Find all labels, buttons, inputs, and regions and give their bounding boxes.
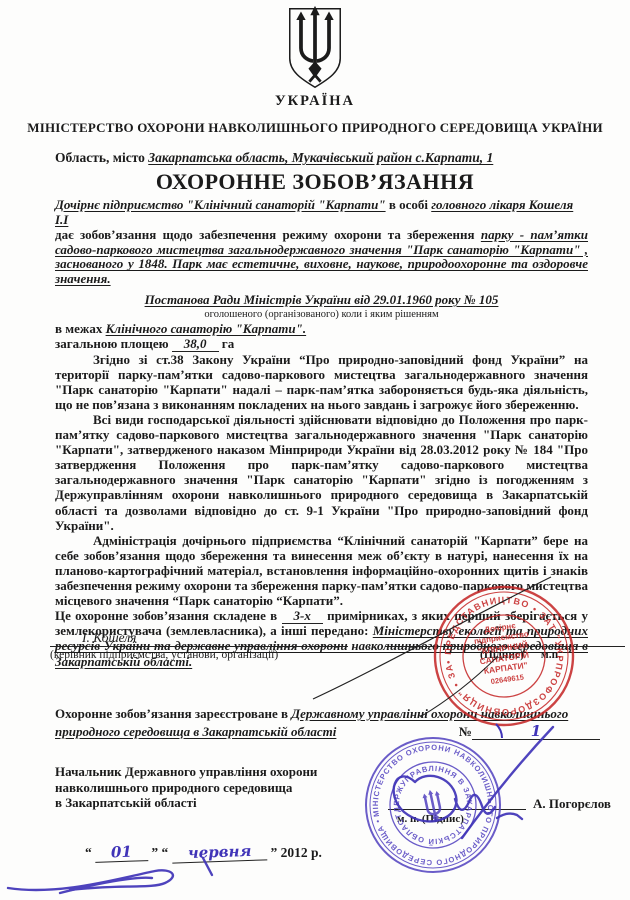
director-name: І. Кошеля — [82, 630, 136, 645]
official-name: А. Погорєлов — [533, 796, 611, 812]
handwritten-month: червня — [171, 841, 267, 863]
ukraine-trident-emblem-icon — [282, 5, 348, 91]
copies-lead: Це охоронне зобов’язання складене в — [55, 608, 282, 623]
within-label: в межах — [55, 321, 102, 336]
paragraph-activity-rules: Всі види господарської діяльності здійсн… — [55, 412, 588, 533]
seal-abbrev: м.п. — [541, 649, 561, 661]
ministry-title: МІНІСТЕРСТВО ОХОРОНИ НАВКОЛИШНЬОГО ПРИРО… — [0, 120, 630, 136]
paragraph-administration-duty: Адміністрація дочірнього підприємства “К… — [55, 533, 588, 608]
scanned-protection-obligation-document: УКРАЇНА МІНІСТЕРСТВО ОХОРОНИ НАВКОЛИШНЬО… — [0, 0, 630, 900]
registration-block: Охоронне зобов’язання зареєстроване в Де… — [55, 706, 600, 740]
registration-number-value: 1 — [472, 723, 600, 741]
date-line: “ 01 ” “ червня ” 2012 р. — [85, 843, 322, 862]
handwritten-day: 01 — [95, 842, 149, 863]
area-unit: га — [222, 336, 234, 351]
official-position-3: в Закарпатській області — [55, 795, 615, 811]
country-title: УКРАЇНА — [0, 93, 630, 110]
registration-number-label: № — [459, 724, 472, 741]
holder-enterprise: Дочірнє підприємство "Клінічний санаторі… — [55, 197, 386, 212]
director-signature-line: І. Кошеля — [50, 630, 348, 647]
registration-authority-2: природного середовища в Закарпатській об… — [55, 724, 336, 741]
area-line: загальною площею 38,0 га — [55, 336, 588, 351]
area-value: 38,0 — [172, 336, 219, 352]
official-seal-caption: м. п. (Підпис) — [397, 812, 464, 828]
year-label: 2012 р. — [281, 845, 322, 860]
seal-signature-caption: (Підпис) м.п. — [480, 649, 561, 661]
area-label: загальною площею — [55, 336, 169, 351]
director-caption: (керівник підприємства, установи, органі… — [50, 649, 278, 661]
quote-close: ” — [270, 845, 277, 860]
official-signature-line — [388, 808, 526, 810]
registration-line2: природного середовища в Закарпатській об… — [55, 723, 600, 741]
official-position-1: Начальник Державного управління охорони — [55, 764, 615, 780]
region-line: Область, місто Закарпатська область, Мук… — [55, 150, 630, 166]
seal-signature-line — [385, 630, 625, 647]
quote-open: “ — [85, 845, 92, 860]
quote-mid: ” “ — [151, 845, 168, 860]
official-block: Начальник Державного управління охорони … — [55, 764, 615, 811]
registration-prefix: Охоронне зобов’язання зареєстроване в — [55, 706, 291, 721]
region-value: Закарпатська область, Мукачівський район… — [148, 150, 493, 165]
within-value: Клінічного санаторію "Карпати". — [106, 321, 307, 336]
pledge-lead: дає зобов’язання щодо забезпечення режим… — [55, 227, 481, 242]
decree-text: Постанова Ради Міністрів України від 29.… — [145, 292, 499, 307]
official-position-2: навколишнього природного середовища — [55, 780, 615, 796]
decree-caption: оголошеного (організованого) коли і яким… — [55, 309, 588, 321]
holder-connector: в особі — [386, 197, 432, 212]
paragraph-law-38: Згідно зі ст.38 Закону України “Про прир… — [55, 352, 588, 412]
document-title: ОХОРОННЕ ЗОБОВ’ЯЗАННЯ — [0, 169, 630, 195]
region-label: Область, місто — [55, 150, 145, 165]
holder-line: Дочірнє підприємство "Клінічний санаторі… — [55, 198, 588, 228]
pledge-paragraph: дає зобов’язання щодо забезпечення режим… — [55, 228, 588, 288]
sign-label: (Підпис) — [480, 649, 524, 661]
document-body: Дочірнє підприємство "Клінічний санаторі… — [55, 198, 588, 669]
registration-authority-1: Державному управлінні охорони навколишнь… — [291, 706, 568, 721]
copies-count: 3-х — [282, 608, 323, 624]
red-stamp-line6: 02649615 — [490, 672, 524, 686]
registration-line1: Охоронне зобов’язання зареєстроване в Де… — [55, 706, 600, 723]
decree-line: Постанова Ради Міністрів України від 29.… — [55, 292, 588, 308]
within-line: в межах Клінічного санаторію "Карпати". — [55, 321, 588, 336]
